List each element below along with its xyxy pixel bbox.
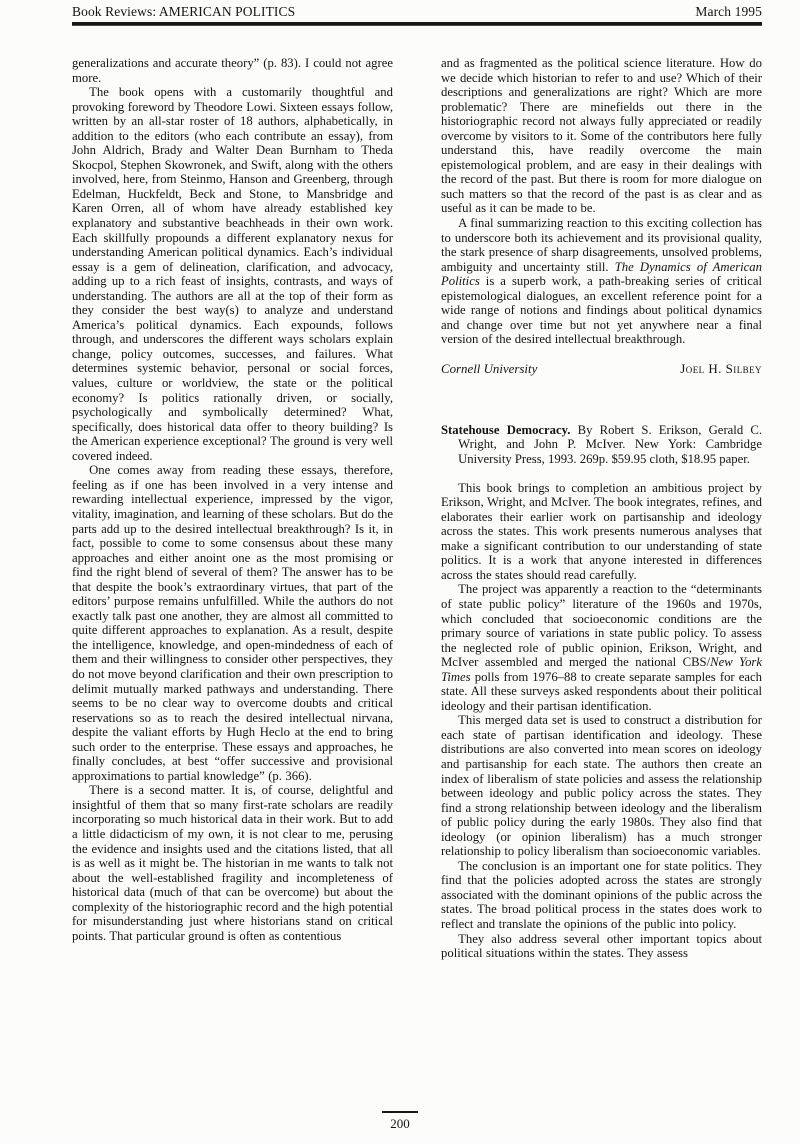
paragraph: This book brings to completion an ambiti… <box>441 481 762 583</box>
page-header: Book Reviews: AMERICAN POLITICS March 19… <box>72 4 762 20</box>
book-title-bold: Statehouse Democracy. <box>441 423 570 437</box>
paragraph: The conclusion is an important one for s… <box>441 859 762 932</box>
page-number: 200 <box>0 1116 800 1132</box>
paragraph: The book opens with a customarily though… <box>72 85 393 463</box>
paragraph: There is a second matter. It is, of cour… <box>72 783 393 943</box>
paragraph: The project was apparently a reaction to… <box>441 582 762 713</box>
issue-date: March 1995 <box>695 4 762 20</box>
paragraph: They also address several other importan… <box>441 932 762 961</box>
page-footer: 200 <box>0 1111 800 1132</box>
paragraph-continuation: and as fragmented as the political scien… <box>441 56 762 216</box>
reviewer-name: Joel H. Silbey <box>680 361 762 377</box>
journal-page: Book Reviews: AMERICAN POLITICS March 19… <box>0 0 800 1144</box>
right-column: and as fragmented as the political scien… <box>441 56 762 961</box>
reviewer-affiliation: Cornell University <box>441 362 537 377</box>
paragraph-text: polls from 1976–88 to create separate sa… <box>441 670 762 713</box>
left-column: generalizations and accurate theory” (p.… <box>72 56 393 961</box>
header-rule <box>72 22 762 26</box>
paragraph-continuation: generalizations and accurate theory” (p.… <box>72 56 393 85</box>
paragraph: One comes away from reading these essays… <box>72 463 393 783</box>
paragraph: A final summarizing reaction to this exc… <box>441 216 762 347</box>
running-head: Book Reviews: AMERICAN POLITICS <box>72 4 295 20</box>
two-column-body: generalizations and accurate theory” (p.… <box>72 56 762 961</box>
paragraph: This merged data set is used to construc… <box>441 713 762 858</box>
footer-rule <box>382 1111 418 1113</box>
book-citation-heading: Statehouse Democracy. By Robert S. Eriks… <box>441 423 762 467</box>
paragraph-text: is a superb work, a path-breaking series… <box>441 274 762 346</box>
review-byline: Cornell University Joel H. Silbey <box>441 361 762 377</box>
